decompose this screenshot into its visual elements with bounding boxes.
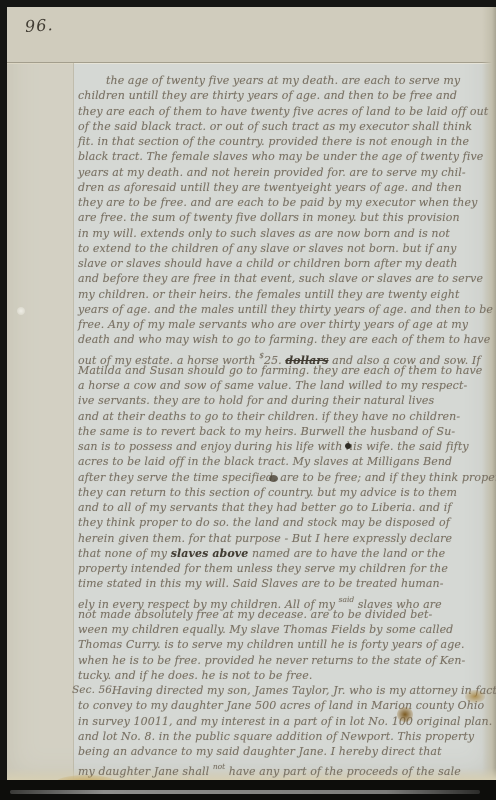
manuscript-run: and to all of my servants that they had … — [78, 501, 452, 514]
manuscript-line: dren as aforesaid untill they are twenty… — [78, 180, 480, 195]
manuscript-sup-text: not — [213, 762, 225, 771]
scanned-manuscript-page: 96. the age of twenty five years at my d… — [0, 0, 496, 800]
manuscript-run: they are each of them to have twenty fiv… — [78, 105, 488, 118]
manuscript-run: in survey 10011, and my interest in a pa… — [78, 715, 492, 728]
manuscript-line: that none of my slaves above named are t… — [78, 546, 480, 561]
manuscript-line: are free. the sum of twenty five dollars… — [78, 210, 480, 225]
manuscript-run: ween my children equally. My slave Thoma… — [78, 623, 453, 636]
manuscript-line: and to all of my servants that they had … — [78, 500, 480, 515]
manuscript-run: years at my death. and not herein provid… — [78, 166, 466, 179]
manuscript-line: when he is to be free. provided he never… — [78, 653, 480, 668]
manuscript-line: time stated in this my will. Said Slaves… — [78, 576, 480, 591]
manuscript-run: fit. in that section of the country. pro… — [78, 135, 469, 148]
manuscript-run: being an advance to my said daughter Jan… — [78, 745, 442, 758]
manuscript-run: years of age. and the males untill they … — [78, 303, 493, 316]
manuscript-line: out of my estate. a horse worth $25. dol… — [78, 348, 480, 363]
manuscript-line: to convey to my daughter Jane 500 acres … — [78, 698, 480, 713]
manuscript-line: the same is to revert back to my heirs. … — [78, 424, 480, 439]
manuscript-line: Matilda and Susan should go to farming. … — [78, 363, 480, 378]
manuscript-run: slave or slaves should have a child or c… — [78, 257, 457, 270]
book-edge-highlight — [10, 790, 480, 794]
manuscript-line: they can return to this section of count… — [78, 485, 480, 500]
manuscript-line: Sec. 56.Having directed my son, James Ta… — [78, 683, 480, 698]
manuscript-line: fit. in that section of the country. pro… — [78, 134, 480, 149]
manuscript-run: in my will. extends only to such slaves … — [78, 227, 450, 240]
manuscript-line: my daughter Jane shall not have any part… — [78, 759, 480, 774]
manuscript-line: and at their deaths to go to their child… — [78, 409, 480, 424]
manuscript-run: acres to be laid off in the black tract.… — [78, 455, 452, 468]
manuscript-line: acres to be laid off in the black tract.… — [78, 454, 480, 469]
manuscript-run: dren as aforesaid untill they are twenty… — [78, 181, 462, 194]
manuscript-text: the age of twenty five years at my death… — [78, 73, 480, 775]
manuscript-line: black tract. The female slaves who may b… — [78, 149, 480, 164]
paper-sheet: 96. the age of twenty five years at my d… — [7, 7, 496, 780]
manuscript-line: they think proper to do so. the land and… — [78, 515, 480, 530]
manuscript-run: ive servants. they are to hold for and d… — [78, 394, 434, 407]
manuscript-line: not made absolutely free at my decease. … — [78, 607, 480, 622]
section-label: Sec. 56. — [38, 683, 115, 698]
manuscript-run: to extend to the children of any slave o… — [78, 242, 457, 255]
manuscript-run: they can return to this section of count… — [78, 486, 457, 499]
manuscript-line: after they serve the time specified. are… — [78, 470, 480, 485]
manuscript-line: property intended for them unless they s… — [78, 561, 480, 576]
manuscript-line: of the said black tract. or out of such … — [78, 119, 480, 134]
manuscript-line: death and who may wish to go to farming.… — [78, 332, 480, 347]
manuscript-line: free. Any of my male servants who are ov… — [78, 317, 480, 332]
manuscript-run: children untill they are thirty years of… — [78, 89, 457, 102]
manuscript-run: the same is to revert back to my heirs. … — [78, 425, 455, 438]
manuscript-run: named are to have the land or the — [248, 547, 445, 560]
page-right-edge — [482, 7, 496, 780]
manuscript-run: property intended for them unless they s… — [78, 562, 448, 575]
manuscript-line: ely in every respect by my children. All… — [78, 592, 480, 607]
manuscript-run: and lot No. 8. in the public square addi… — [78, 730, 474, 743]
manuscript-line: they are to be free. and are each to be … — [78, 195, 480, 210]
page-number: 96. — [24, 15, 54, 36]
manuscript-line: and before they are free in that event, … — [78, 271, 480, 286]
manuscript-line: and lot No. 8. in the public square addi… — [78, 729, 480, 744]
manuscript-line: herein given them. for that purpose - Bu… — [78, 531, 480, 546]
manuscript-run: my children. or their heirs. the females… — [78, 288, 459, 301]
manuscript-line: Thomas Curry. is to serve my children un… — [78, 637, 480, 652]
manuscript-run: when he is to be free. provided he never… — [78, 654, 465, 667]
manuscript-line: the age of twenty five years at my death… — [78, 73, 480, 88]
manuscript-run: death and who may wish to go to farming.… — [78, 333, 490, 346]
manuscript-line: ive servants. they are to hold for and d… — [78, 393, 480, 408]
manuscript-run: herein given them. for that purpose - Bu… — [78, 532, 452, 545]
manuscript-line: being an advance to my said daughter Jan… — [78, 744, 480, 759]
manuscript-run: and at their deaths to go to their child… — [78, 410, 460, 423]
manuscript-run: my daughter Jane shall — [78, 765, 213, 778]
manuscript-run: of the said black tract. or out of such … — [78, 120, 472, 133]
manuscript-run: Matilda and Susan should go to farming. … — [78, 364, 482, 377]
manuscript-run: to convey to my daughter Jane 500 acres … — [78, 699, 484, 712]
manuscript-run: that none of my — [78, 547, 171, 560]
manuscript-line: children untill they are thirty years of… — [78, 88, 480, 103]
manuscript-run: have any part of the proceeds of the sal… — [225, 765, 461, 778]
manuscript-run: tucky. and if he does. he is not to be f… — [78, 669, 312, 682]
manuscript-line: in my will. extends only to such slaves … — [78, 226, 480, 241]
manuscript-line: a horse a cow and sow of same value. The… — [78, 378, 480, 393]
manuscript-line: in survey 10011, and my interest in a pa… — [78, 714, 480, 729]
manuscript-run: san is to possess and enjoy during his l… — [78, 440, 469, 453]
manuscript-line: san is to possess and enjoy during his l… — [78, 439, 480, 454]
left-margin-rule — [7, 63, 74, 780]
manuscript-run: they are to be free. and are each to be … — [78, 196, 477, 209]
manuscript-line: years of age. and the males untill they … — [78, 302, 480, 317]
manuscript-line: slave or slaves should have a child or c… — [78, 256, 480, 271]
book-edge — [0, 780, 496, 800]
manuscript-run: free. Any of my male servants who are ov… — [78, 318, 468, 331]
manuscript-run: black tract. The female slaves who may b… — [78, 150, 483, 163]
manuscript-line: my children. or their heirs. the females… — [78, 287, 480, 302]
manuscript-line: to extend to the children of any slave o… — [78, 241, 480, 256]
manuscript-run: after they serve the time specified. are… — [78, 471, 496, 484]
manuscript-run: and before they are free in that event, … — [78, 272, 483, 285]
manuscript-run: they think proper to do so. the land and… — [78, 516, 450, 529]
manuscript-run: time stated in this my will. Said Slaves… — [78, 577, 444, 590]
manuscript-run: the age of twenty five years at my death… — [106, 74, 460, 87]
page-top-fold — [7, 7, 496, 63]
manuscript-run: Thomas Curry. is to serve my children un… — [78, 638, 465, 651]
manuscript-run: are free. the sum of twenty five dollars… — [78, 211, 460, 224]
manuscript-line: they are each of them to have twenty fiv… — [78, 104, 480, 119]
manuscript-run: a horse a cow and sow of same value. The… — [78, 379, 467, 392]
manuscript-run: not made absolutely free at my decease. … — [78, 608, 432, 621]
manuscript-sup-text: said — [339, 595, 355, 604]
manuscript-dark-text: slaves above — [171, 547, 249, 560]
manuscript-line: ween my children equally. My slave Thoma… — [78, 622, 480, 637]
manuscript-run: Having directed my son, James Taylor, Jr… — [112, 684, 496, 697]
manuscript-line: years at my death. and not herein provid… — [78, 165, 480, 180]
manuscript-line: tucky. and if he does. he is not to be f… — [78, 668, 480, 683]
